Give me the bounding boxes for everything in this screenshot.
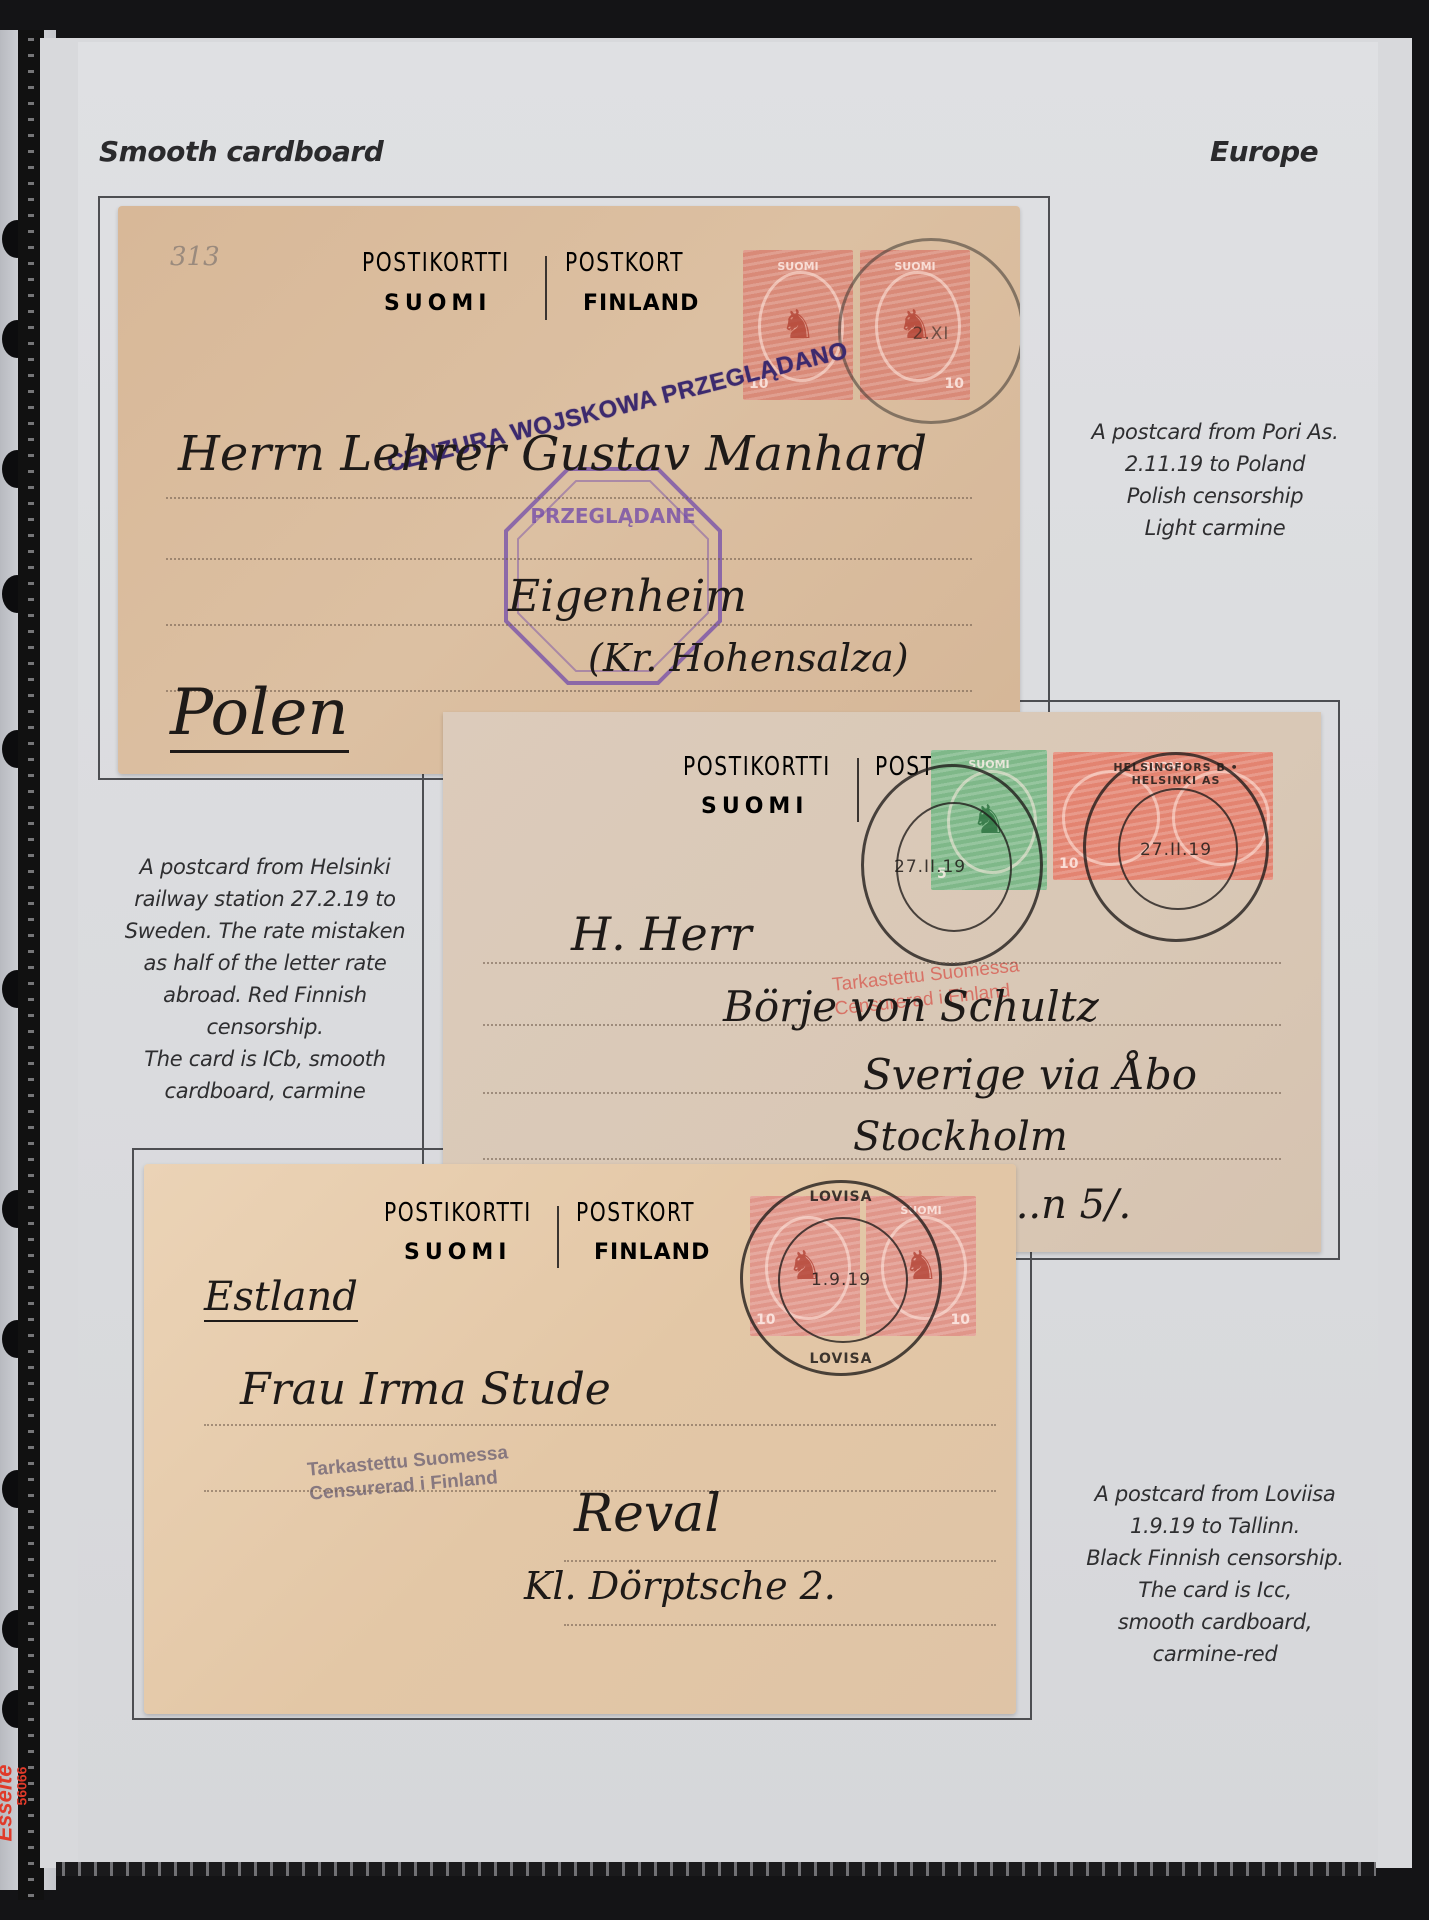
page-heading-left: Smooth cardboard <box>99 135 383 168</box>
black-censor-mark: Tarkastettu Suomessa Censurerad i Finlan… <box>306 1441 511 1506</box>
brand-code: 56066 <box>13 1767 29 1806</box>
postcard-pori: 313 POSTIKORTTI POSTKORT SUOMI FINLAND S… <box>118 206 1020 774</box>
svg-text:PRZEGLĄDANE: PRZEGLĄDANE <box>530 504 695 528</box>
card-title-sv: POSTKORT <box>565 248 684 278</box>
address-line: Sverige via Åbo <box>863 1050 1197 1099</box>
card-country-fi: SUOMI <box>384 291 492 316</box>
card-title-fi: POSTIKORTTI <box>362 248 510 278</box>
address-line: H. Herr <box>571 907 752 961</box>
header-divider <box>545 256 547 320</box>
pencil-inventory-note: 313 <box>170 242 220 272</box>
address-line: Börje von Schultz <box>723 982 1099 1031</box>
caption-loviisa: A postcard from Loviisa 1.9.19 to Tallin… <box>1040 1478 1390 1670</box>
header-divider <box>857 758 859 822</box>
lion-emblem-icon: ♞ <box>780 302 816 348</box>
address-line: Frau Irma Stude <box>240 1364 611 1415</box>
card-country-fi: SUOMI <box>404 1240 512 1265</box>
card-title-fi: POSTIKORTTI <box>683 752 831 782</box>
address-line: Herrn Lehrer Gustav Manhard <box>178 426 927 482</box>
address-line: ...n 5/. <box>1003 1182 1131 1228</box>
card-country-sv: FINLAND <box>583 291 699 316</box>
postmark-helsinki-1: 27.II.19 <box>861 764 1043 966</box>
card-title-fi: POSTIKORTTI <box>384 1198 532 1228</box>
postmark-loviisa: LOVISA 1.9.19 LOVISA <box>740 1180 942 1376</box>
address-line: (Kr. Hohensalza) <box>588 636 909 680</box>
address-destination: Polen <box>170 676 349 753</box>
address-line: Kl. Dörptsche 2. <box>524 1564 836 1608</box>
caption-pori: A postcard from Pori As. 2.11.19 to Pola… <box>1040 416 1390 544</box>
caption-helsinki: A postcard from Helsinki railway station… <box>100 851 430 1107</box>
address-line: Eigenheim <box>508 571 747 622</box>
card-country-sv: FINLAND <box>594 1240 710 1265</box>
address-destination: Estland <box>204 1274 358 1322</box>
postmark-pori: 2.XI <box>838 238 1020 424</box>
card-title-sv: POSTKORT <box>576 1198 695 1228</box>
card-country-fi: SUOMI <box>701 794 809 819</box>
page-heading-right: Europe <box>1210 135 1318 168</box>
address-line: Stockholm <box>853 1114 1068 1160</box>
address-line: Reval <box>574 1484 721 1544</box>
postcard-loviisa: POSTIKORTTI POSTKORT SUOMI FINLAND ♞ 10 … <box>144 1164 1016 1714</box>
postmark-helsinki-2: HELSINGFORS B • HELSINKI AS 27.II.19 <box>1083 752 1269 942</box>
header-divider <box>557 1206 559 1268</box>
sleeve-bottom-perforation <box>56 1862 1376 1876</box>
